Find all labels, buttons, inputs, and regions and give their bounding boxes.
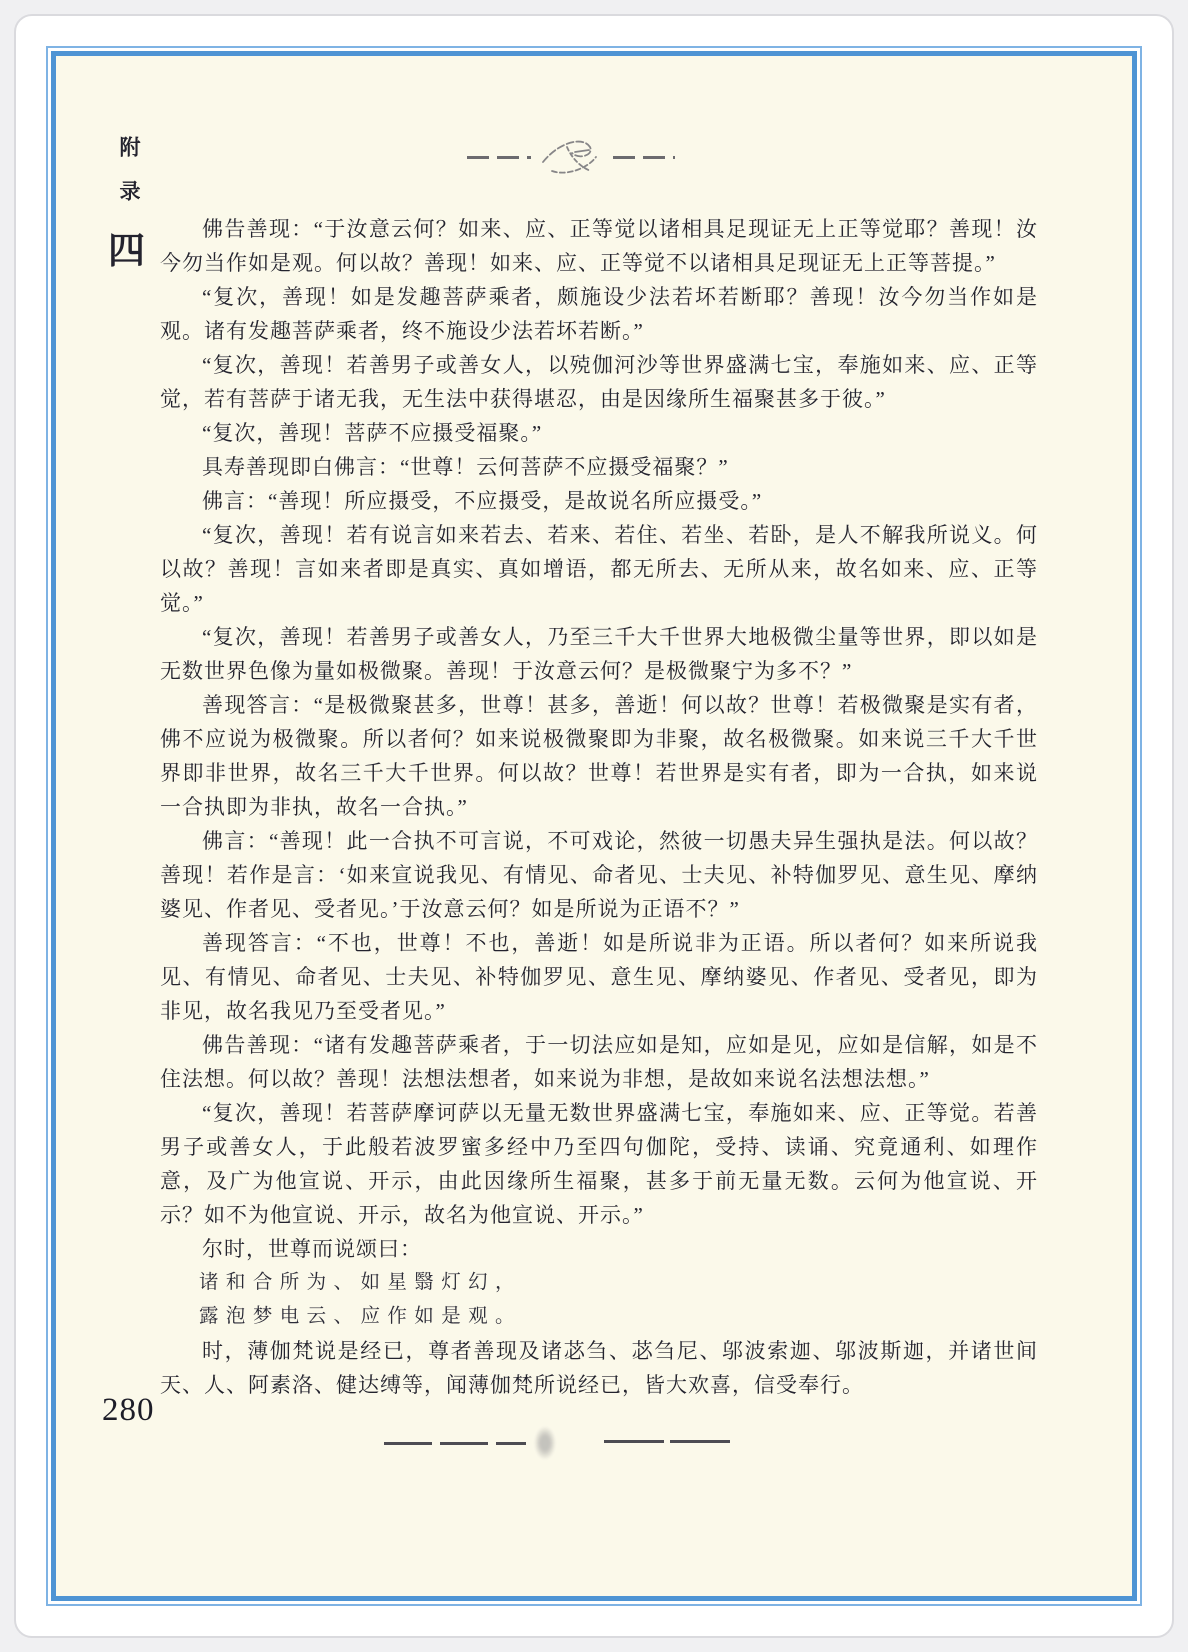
paragraph: 善现答言：“是极微聚甚多，世尊！甚多，善逝！何以故？世尊！若极微聚是实有者，佛不… — [160, 688, 1038, 824]
decorative-frame-inner: 附录 四 佛告善现：“于汝意云何？如来、应、正等觉以诸相具足现证无 — [51, 51, 1137, 1601]
paragraph: “复次，善现！若善男子或善女人，以殑伽河沙等世界盛满七宝，奉施如来、应、正等觉，… — [160, 348, 1038, 416]
paragraph: 佛言：“善现！所应摄受，不应摄受，是故说名所应摄受。” — [160, 484, 1038, 518]
footer-ornament — [56, 1424, 1132, 1464]
paragraph: “复次，善现！若有说言如来若去、若来、若住、若坐、若卧，是人不解我所说义。何以故… — [160, 518, 1038, 620]
paragraph: 时，薄伽梵说是经已，尊者善现及诸苾刍、苾刍尼、邬波索迦、邬波斯迦，并诸世间天、人… — [160, 1334, 1038, 1402]
body-text: 佛告善现：“于汝意云何？如来、应、正等觉以诸相具足现证无上正等觉耶？善现！汝今勿… — [160, 212, 1038, 1402]
footer-ornament-smudge — [534, 1426, 556, 1460]
paragraph: 善现答言：“不也，世尊！不也，善逝！如是所说非为正语。所以者何？如来所说我见、有… — [160, 926, 1038, 1028]
paragraph: 佛言：“善现！此一合执不可言说，不可戏论，然彼一切愚夫异生强执是法。何以故？善现… — [160, 824, 1038, 926]
paper-area: 附录 四 佛告善现：“于汝意云何？如来、应、正等觉以诸相具足现证无 — [56, 56, 1132, 1596]
paragraph: “复次，善现！如是发趣菩萨乘者，颇施设少法若坏若断耶？善现！汝今勿当作如是观。诸… — [160, 280, 1038, 348]
paragraph: 尔时，世尊而说颂曰： — [160, 1232, 1038, 1266]
paragraph: 具寿善现即白佛言：“世尊！云何菩萨不应摄受福聚？” — [160, 450, 1038, 484]
margin-chapter-number: 四 — [108, 220, 145, 274]
paragraph: 佛告善现：“诸有发趣菩萨乘者，于一切法应如是知，应如是见，应如是信解，如是不住法… — [160, 1028, 1038, 1096]
decorative-frame-outer: 附录 四 佛告善现：“于汝意云何？如来、应、正等觉以诸相具足现证无 — [46, 46, 1142, 1606]
paragraph: 佛告善现：“于汝意云何？如来、应、正等觉以诸相具足现证无上正等觉耶？善现！汝今勿… — [160, 212, 1038, 280]
flourish-scribble-icon — [537, 134, 607, 180]
paragraph: “复次，善现！若善男子或善女人，乃至三千大千世界大地极微尘量等世界，即以如是无数… — [160, 620, 1038, 688]
paragraph: “复次，善现！若菩萨摩诃萨以无量无数世界盛满七宝，奉施如来、应、正等觉。若善男子… — [160, 1096, 1038, 1232]
scanned-book-page: { "page": { "margin_label_top": "附录", "m… — [0, 0, 1188, 1652]
header-ornament — [451, 134, 691, 180]
footer-ornament-dashes-left — [384, 1442, 526, 1445]
margin-label-appendix: 附录 — [114, 136, 144, 224]
verse-line: 诸和合所为、如星翳灯幻， — [160, 1266, 1038, 1300]
footer-ornament-dashes-right — [604, 1440, 732, 1443]
verse-line: 露泡梦电云、应作如是观。 — [160, 1300, 1038, 1334]
header-ornament-dashes-right — [613, 156, 675, 159]
paragraph: “复次，善现！菩萨不应摄受福聚。” — [160, 416, 1038, 450]
page-card: 附录 四 佛告善现：“于汝意云何？如来、应、正等觉以诸相具足现证无 — [14, 14, 1174, 1638]
header-ornament-dashes-left — [467, 156, 531, 159]
